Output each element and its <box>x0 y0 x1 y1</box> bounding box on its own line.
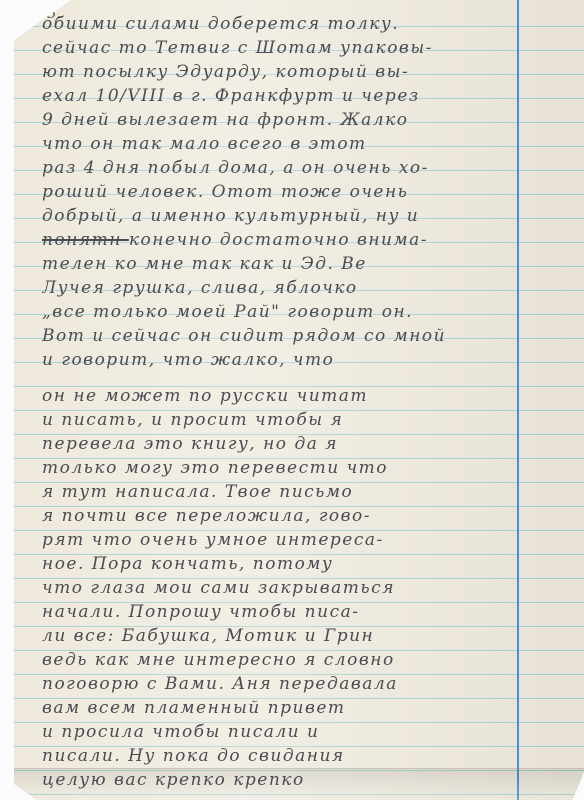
text-line: что глаза мои сами закрываться <box>42 576 584 600</box>
line-text: писали. Ну пока до свидания <box>42 746 345 766</box>
letter-page: 3. обиими силами доберется толку.сейчас … <box>14 0 584 800</box>
text-line: он не может по русски читат <box>42 384 584 408</box>
line-text: обиими силами доберется толку. <box>42 14 399 34</box>
line-text: целую вас крепко крепко <box>42 770 305 790</box>
text-line: раз 4 дня побыл дома, а он очень хо- <box>42 156 584 180</box>
text-line: я тут написала. Твое письмо <box>42 480 584 504</box>
text-line: обиими силами доберется толку. <box>42 12 584 36</box>
line-text: вам всем пламенный привет <box>42 698 346 718</box>
line-text: роший человек. Отот тоже очень <box>42 182 408 202</box>
line-text: телен ко мне так как и Эд. Ве <box>42 254 367 274</box>
text-line: сейчас то Тетвиг с Шотам упаковы- <box>42 36 584 60</box>
line-text: ли все: Бабушка, Мотик и Грин <box>42 626 374 646</box>
text-line: ли все: Бабушка, Мотик и Грин <box>42 624 584 648</box>
text-line: добрый, а именно культурный, ну и <box>42 204 584 228</box>
line-text: перевела это книгу, но да я <box>42 434 338 454</box>
line-text: только могу это перевести что <box>42 458 388 478</box>
text-line: вам всем пламенный привет <box>42 696 584 720</box>
handwritten-text: обиими силами доберется толку.сейчас то … <box>42 12 584 792</box>
line-text: ное. Пора кончать, потому <box>42 554 333 574</box>
line-text: „все только моей Рай" говорит он. <box>42 302 413 322</box>
text-line: и просила чтобы писали и <box>42 720 584 744</box>
line-text: ют посылку Эдуарду, который вы- <box>42 62 409 82</box>
line-text: и писать, и просит чтобы я <box>42 410 343 430</box>
text-line: только могу это перевести что <box>42 456 584 480</box>
text-line: и писать, и просит чтобы я <box>42 408 584 432</box>
line-text: я почти все переложила, гово- <box>42 506 371 526</box>
line-text: начали. Попрошу чтобы писа- <box>42 602 359 622</box>
text-line: роший человек. Отот тоже очень <box>42 180 584 204</box>
text-line: 9 дней вылезает на фронт. Жалко <box>42 108 584 132</box>
text-line: рят что очень умное интереса- <box>42 528 584 552</box>
struck-word: понятн <box>42 230 129 250</box>
line-text: что глаза мои сами закрываться <box>42 578 395 598</box>
text-line: поговорю с Вами. Аня передавала <box>42 672 584 696</box>
line-text: раз 4 дня побыл дома, а он очень хо- <box>42 158 429 178</box>
line-text: сейчас то Тетвиг с Шотам упаковы- <box>42 38 433 58</box>
line-text: и просила чтобы писали и <box>42 722 320 742</box>
line-text: конечно достаточно внима- <box>129 230 428 250</box>
text-line: ведь как мне интересно я словно <box>42 648 584 672</box>
text-line: ное. Пора кончать, потому <box>42 552 584 576</box>
text-line: „все только моей Рай" говорит он. <box>42 300 584 324</box>
line-text: ехал 10/VIII в г. Франкфурт и через <box>42 86 420 106</box>
line-text: рят что очень умное интереса- <box>42 530 384 550</box>
line-text: он не может по русски читат <box>42 386 368 406</box>
line-text: и говорит, что жалко, что <box>42 350 334 370</box>
text-line: ют посылку Эдуарду, который вы- <box>42 60 584 84</box>
text-line: целую вас крепко крепко <box>42 768 584 792</box>
text-line: понятн конечно достаточно внима- <box>42 228 584 252</box>
line-text: Лучея грушка, слива, яблочко <box>42 278 358 298</box>
text-line: я почти все переложила, гово- <box>42 504 584 528</box>
text-line: писали. Ну пока до свидания <box>42 744 584 768</box>
line-text: ведь как мне интересно я словно <box>42 650 395 670</box>
text-line: начали. Попрошу чтобы писа- <box>42 600 584 624</box>
line-text: поговорю с Вами. Аня передавала <box>42 674 398 694</box>
text-line: Вот и сейчас он сидит рядом со мной <box>42 324 584 348</box>
line-text: я тут написала. Твое письмо <box>42 482 353 502</box>
line-text: Вот и сейчас он сидит рядом со мной <box>42 326 446 346</box>
text-line: ехал 10/VIII в г. Франкфурт и через <box>42 84 584 108</box>
line-text: добрый, а именно культурный, ну и <box>42 206 419 226</box>
text-line: телен ко мне так как и Эд. Ве <box>42 252 584 276</box>
text-line: Лучея грушка, слива, яблочко <box>42 276 584 300</box>
line-text: 9 дней вылезает на фронт. Жалко <box>42 110 408 130</box>
text-line: и говорит, что жалко, что <box>42 348 584 372</box>
text-line: что он так мало всего в этот <box>42 132 584 156</box>
text-line: перевела это книгу, но да я <box>42 432 584 456</box>
line-text: что он так мало всего в этот <box>42 134 367 154</box>
